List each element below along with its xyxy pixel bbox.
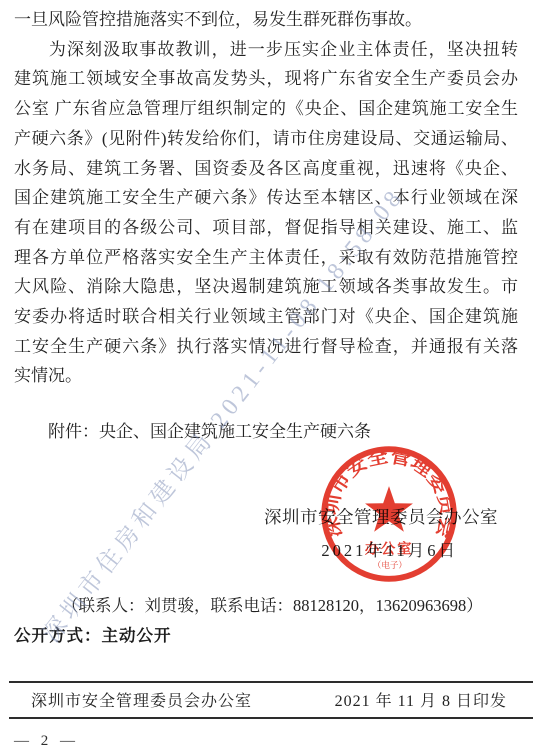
footer-issuer: 深圳市安全管理委员会办公室 <box>31 691 252 713</box>
contact-line: （联系人：刘贯骏，联系电话：88128120，13620963698） <box>14 592 518 620</box>
footer-print-date: 2021 年 11 月 8 日印发 <box>335 691 507 713</box>
body-line: 为深刻汲取事故教训，进一步压实企业主体责任，坚决扭转 <box>14 35 518 65</box>
footer-rule-top <box>9 681 533 683</box>
footer-row: 深圳市安全管理委员会办公室 2021 年 11 月 8 日印发 <box>9 691 533 713</box>
signing-organization: 深圳市安全管理委员会办公室 <box>0 503 544 531</box>
disclosure-method: 公开方式：主动公开 <box>14 622 172 650</box>
body-line: 理各方单位严格落实安全生产主体责任，采取有效防范措施管控 <box>14 243 518 273</box>
body-line: 建筑施工领域安全事故高发势头，现将广东省安全生产委员会办 <box>14 64 518 94</box>
body-line: 有在建项目的各级公司、项目部，督促指导相关建设、施工、监 <box>14 213 518 243</box>
document-body: 一旦风险管控措施落实不到位，易发生群死群伤事故。 为深刻汲取事故教训，进一步压实… <box>14 5 518 391</box>
body-line: 一旦风险管控措施落实不到位，易发生群死群伤事故。 <box>14 5 518 35</box>
signature-block: 深圳市安全管理委员会办公室 2021年11月6日 <box>0 503 544 565</box>
body-line: 产硬六条》(见附件)转发给你们，请市住房建设局、交通运输局、 <box>14 124 518 154</box>
body-line: 工安全生产硬六条》执行落实情况进行督导检查，并通报有关落 <box>14 332 518 362</box>
footer-rule-bottom <box>9 717 533 719</box>
body-line: 安委办将适时联合相关行业领域主管部门对《央企、国企建筑施 <box>14 302 518 332</box>
body-line: 大风险、消除大隐患，坚决遏制建筑施工领域各类事故发生。市 <box>14 272 518 302</box>
signing-date: 2021年11月6日 <box>0 537 544 565</box>
body-line: 国企建筑施工安全生产硬六条》传达至本辖区、本行业领域在深 <box>14 183 518 213</box>
document-page: 深圳市住房和建设局 2021-11-08 18:58:08 一旦风险管控措施落实… <box>0 0 544 754</box>
body-line: 水务局、建筑工务署、国资委及各区高度重视，迅速将《央企、 <box>14 154 518 184</box>
body-line: 公室 广东省应急管理厅组织制定的《央企、国企建筑施工安全生 <box>14 94 518 124</box>
page-number: — 2 — <box>14 733 79 750</box>
attachment-line: 附件：央企、国企建筑施工安全生产硬六条 <box>14 417 518 447</box>
body-line: 实情况。 <box>14 361 518 391</box>
